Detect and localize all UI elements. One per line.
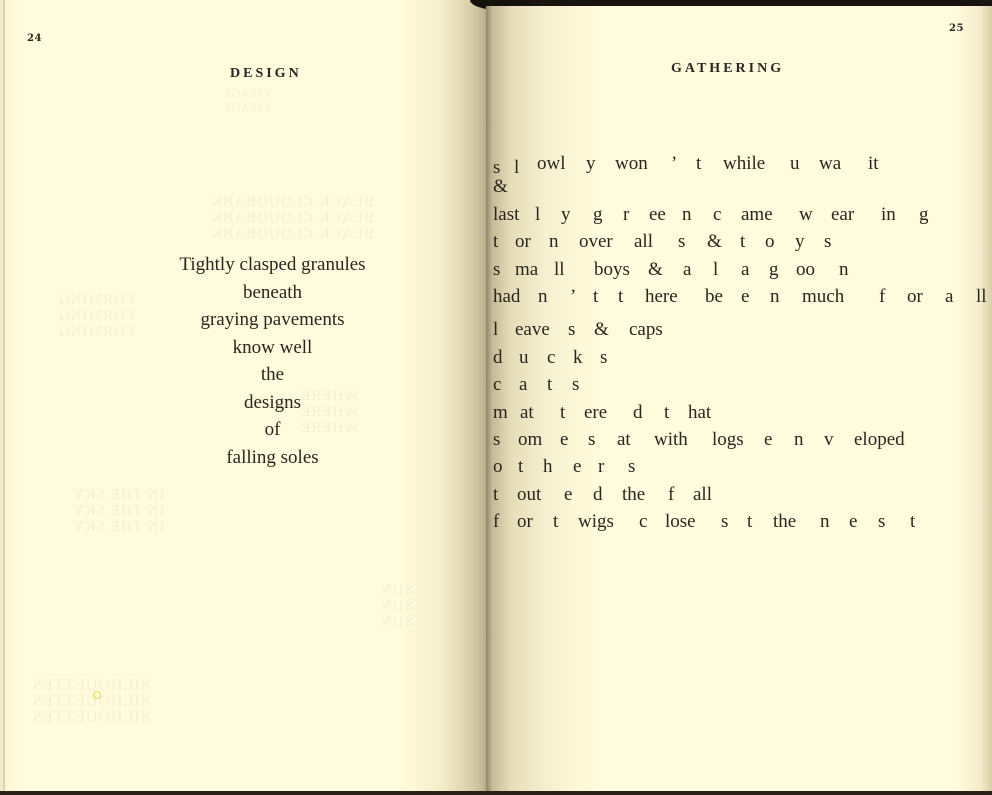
poem-fragment: t [618, 286, 623, 308]
poem-fragment: at [617, 429, 631, 451]
poem-fragment: s [493, 429, 500, 451]
poem-fragment: o [765, 231, 775, 253]
poem-fragment: lose [665, 511, 696, 533]
poem-fragment: om [518, 429, 542, 451]
poem-fragment: n [839, 259, 849, 281]
poem-fragment: t [696, 153, 701, 175]
paper-speck [93, 691, 101, 699]
poem-fragment: s [721, 511, 728, 533]
poem-fragment: t [518, 456, 523, 478]
poem-fragment: or [517, 511, 533, 533]
poem-fragment: o [493, 456, 503, 478]
poem-design: Tightly clasped granulesbeneathgraying p… [130, 251, 415, 471]
poem-fragment: a [945, 286, 953, 308]
poem-fragment: y [795, 231, 805, 253]
poem-fragment: e [741, 286, 749, 308]
poem-fragment: s [824, 231, 831, 253]
poem-fragment: the [622, 484, 645, 506]
poem-fragment: g [769, 259, 779, 281]
poem-line: know well [130, 334, 415, 362]
poem-line: beneath [130, 279, 415, 307]
poem-fragment: m [493, 402, 508, 424]
poem-fragment: h [543, 456, 553, 478]
poem-fragment: or [907, 286, 923, 308]
poem-fragment: with [654, 429, 688, 451]
poem-fragment: t [747, 511, 752, 533]
poem-fragment: l [514, 157, 519, 179]
poem-fragment: much [802, 286, 844, 308]
poem-title-design: DESIGN [230, 66, 302, 82]
show-through-silhouettes: SILHOUETTES SILHOUETTES SILHOUETTES [32, 678, 150, 726]
poem-fragment: f [668, 484, 674, 506]
poem-fragment: n [770, 286, 780, 308]
poem-fragment: s [493, 259, 500, 281]
poem-fragment: n [820, 511, 830, 533]
poem-fragment: while [723, 153, 765, 175]
poem-fragment: hat [688, 402, 711, 424]
poem-fragment: t [740, 231, 745, 253]
poem-fragment: n [682, 204, 692, 226]
show-through-visage: VISAGE VISAGE [222, 86, 272, 114]
poem-fragment: w [799, 204, 813, 226]
poem-fragment: s [572, 374, 579, 396]
poem-fragment: logs [712, 429, 744, 451]
poem-fragment: e [573, 456, 581, 478]
poem-fragment: t [553, 511, 558, 533]
poem-fragment: eave [515, 319, 550, 341]
poem-fragment: u [519, 347, 529, 369]
poem-fragment: n [538, 286, 548, 308]
poem-fragment: e [560, 429, 568, 451]
show-through-sky: IN THE SKY IN THE SKY IN THE SKY [72, 487, 164, 535]
page-bottom-edge [0, 791, 992, 795]
left-page: VISAGE VISAGE BLACK CLOUDBANK BLACK CLOU… [0, 0, 486, 795]
poem-fragment: ll [976, 286, 987, 308]
poem-fragment: had [493, 286, 520, 308]
poem-fragment: t [560, 402, 565, 424]
poem-fragment: d [493, 347, 503, 369]
poem-fragment: a [519, 374, 527, 396]
poem-fragment: c [713, 204, 721, 226]
poem-fragment: c [493, 374, 501, 396]
poem-fragment: f [493, 511, 499, 533]
poem-fragment: c [639, 511, 647, 533]
show-through-sun: SUN SUN SUN [380, 582, 413, 630]
poem-fragment: over [579, 231, 613, 253]
poem-fragment: k [573, 347, 583, 369]
poem-fragment: l [493, 319, 498, 341]
poem-fragment: here [645, 286, 678, 308]
poem-fragment: r [598, 456, 604, 478]
page-number-left: 24 [27, 33, 42, 44]
poem-fragment: owl [537, 153, 566, 175]
poem-fragment: e [564, 484, 572, 506]
poem-fragment: the [773, 511, 796, 533]
poem-fragment: y [586, 153, 596, 175]
poem-fragment: wigs [578, 511, 614, 533]
poem-fragment: last [493, 204, 519, 226]
poem-fragment: oo [796, 259, 815, 281]
poem-fragment: caps [629, 319, 663, 341]
poem-fragment: ere [584, 402, 607, 424]
poem-fragment: a [741, 259, 749, 281]
poem-line: of [130, 416, 415, 444]
poem-line: falling soles [130, 444, 415, 472]
poem-line: the [130, 361, 415, 389]
poem-fragment: ear [831, 204, 854, 226]
poem-fragment: boys [594, 259, 630, 281]
poem-fragment: c [547, 347, 555, 369]
poem-fragment: wa [819, 153, 841, 175]
poem-fragment: v [824, 429, 834, 451]
poem-fragment: a [683, 259, 691, 281]
poem-fragment: s [628, 456, 635, 478]
poem-fragment: s [568, 319, 575, 341]
poem-fragment: or [515, 231, 531, 253]
poem-fragment: e [849, 511, 857, 533]
poem-fragment: t [593, 286, 598, 308]
poem-fragment: d [633, 402, 643, 424]
poem-fragment: n [794, 429, 804, 451]
show-through-cloudbank: BLACK CLOUDBANK BLACK CLOUDBANK BLACK CL… [210, 194, 374, 242]
poem-fragment: ame [741, 204, 773, 226]
poem-fragment: eloped [854, 429, 905, 451]
poem-fragment: ’ [570, 286, 576, 308]
poem-fragment: & [707, 231, 722, 253]
poem-line: designs [130, 389, 415, 417]
poem-fragment: g [593, 204, 603, 226]
poem-line: graying pavements [130, 306, 415, 334]
poem-fragment: won [615, 153, 648, 175]
poem-fragment: at [520, 402, 534, 424]
poem-fragment: y [561, 204, 571, 226]
poem-fragment: ma [515, 259, 538, 281]
poem-fragment: g [919, 204, 929, 226]
poem-fragment: & [594, 319, 609, 341]
poem-fragment: t [493, 484, 498, 506]
poem-fragment: t [493, 231, 498, 253]
poem-fragment: t [547, 374, 552, 396]
page-number-right: 25 [949, 23, 964, 34]
poem-title-gathering: GATHERING [671, 61, 784, 77]
poem-fragment: & [648, 259, 663, 281]
book-spread: VISAGE VISAGE BLACK CLOUDBANK BLACK CLOU… [0, 0, 992, 795]
poem-fragment: l [713, 259, 718, 281]
poem-fragment: in [881, 204, 896, 226]
poem-fragment: s [600, 347, 607, 369]
poem-fragment: d [593, 484, 603, 506]
poem-fragment: it [868, 153, 879, 175]
poem-fragment: u [790, 153, 800, 175]
poem-fragment: r [623, 204, 629, 226]
poem-fragment: ee [649, 204, 666, 226]
poem-fragment: t [910, 511, 915, 533]
poem-fragment: all [693, 484, 712, 506]
poem-fragment: l [535, 204, 540, 226]
right-page: 25 GATHERING slowlywon’twhileuwait&lastl… [486, 6, 992, 791]
poem-fragment: s [878, 511, 885, 533]
poem-fragment: & [493, 176, 508, 198]
poem-fragment: s [588, 429, 595, 451]
poem-fragment: out [517, 484, 541, 506]
poem-fragment: e [764, 429, 772, 451]
poem-line: Tightly clasped granules [130, 251, 415, 279]
poem-fragment: all [634, 231, 653, 253]
poem-fragment: be [705, 286, 723, 308]
poem-fragment: ll [554, 259, 565, 281]
show-through-forming: FORMING FORMING FORMING [58, 292, 134, 340]
poem-fragment: t [664, 402, 669, 424]
poem-fragment: ’ [671, 153, 677, 175]
poem-fragment: s [678, 231, 685, 253]
poem-fragment: n [549, 231, 559, 253]
poem-fragment: f [879, 286, 885, 308]
